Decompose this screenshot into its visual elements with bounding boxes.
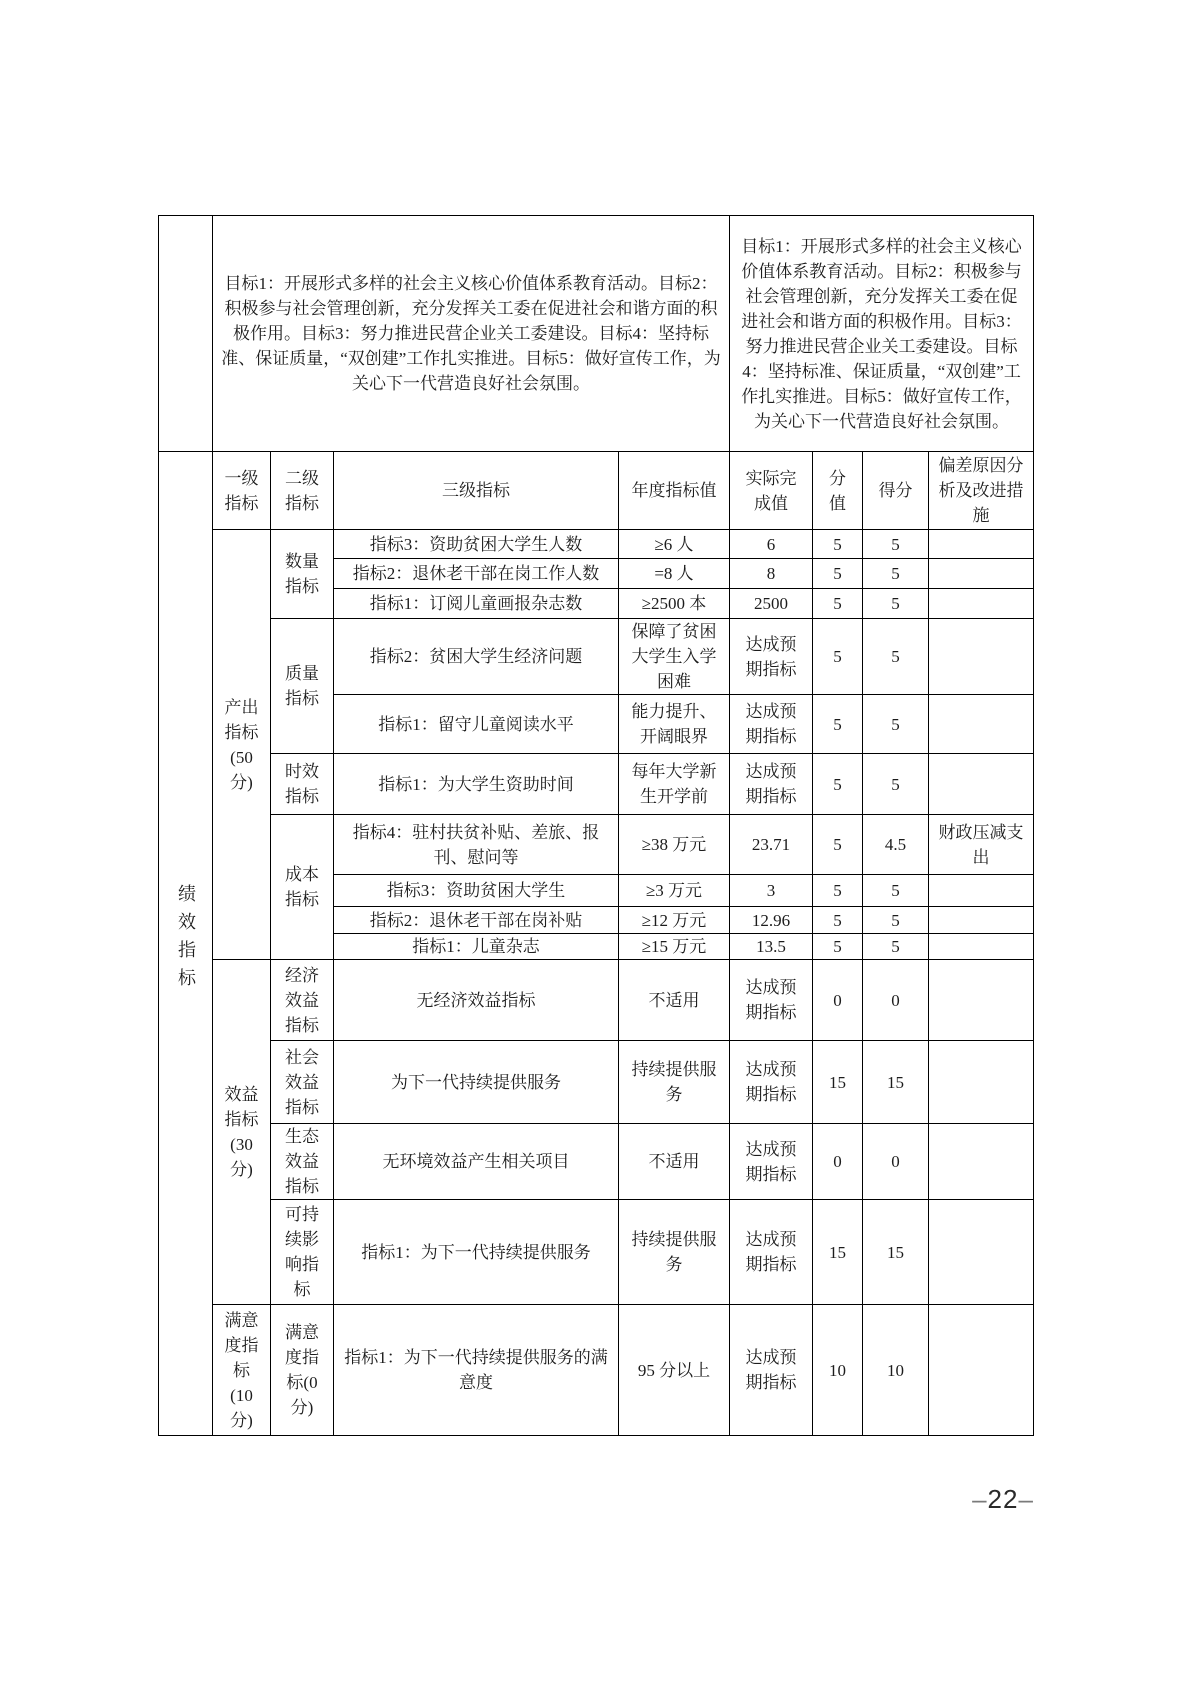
indicator-cell: 指标4：驻村扶贫补贴、差旅、报刊、慰问等 (334, 815, 619, 875)
annual-target-cell: ≥6 人 (619, 530, 730, 559)
deviation-cell (929, 1124, 1034, 1200)
deviation-cell (929, 907, 1034, 934)
points-cell: 5 (813, 907, 863, 934)
indicator-cell: 指标1：留守儿童阅读水平 (334, 695, 619, 754)
actual-value-cell: 23.71 (730, 815, 813, 875)
annual-target-cell: 持续提供服务 (619, 1041, 730, 1124)
deviation-cell (929, 589, 1034, 619)
score-cell: 4.5 (863, 815, 929, 875)
points-cell: 5 (813, 875, 863, 907)
deviation-cell (929, 754, 1034, 815)
annual-target-cell: ≥15 万元 (619, 934, 730, 960)
indicator-cell: 指标2：退休老干部在岗工作人数 (334, 559, 619, 589)
annual-target-cell: ≥3 万元 (619, 875, 730, 907)
indicator-cell: 指标3：资助贫困大学生人数 (334, 530, 619, 559)
indicator-cell: 指标2：退休老干部在岗补贴 (334, 907, 619, 934)
level2-timeliness: 时效指标 (271, 754, 334, 815)
annual-target-cell: ≥2500 本 (619, 589, 730, 619)
data-row: 社会效益指标 为下一代持续提供服务 持续提供服务 达成预期指标 15 15 (159, 1041, 1034, 1124)
header-row: 绩效指标 一级指标 二级指标 三级指标 年度指标值 实际完成值 分值 得分 偏差… (159, 452, 1034, 530)
header-level3-indicator: 三级指标 (334, 452, 619, 530)
goals-summary-right: 目标1：开展形式多样的社会主义核心价值体系教育活动。目标2：积极参与社会管理创新… (730, 216, 1034, 452)
level2-satisfaction: 满意度指标(0分) (271, 1305, 334, 1436)
data-row: 时效指标 指标1：为大学生资助时间 每年大学新生开学前 达成预期指标 5 5 (159, 754, 1034, 815)
row-group-label: 绩效指标 (173, 884, 198, 996)
indicator-cell: 指标1：为下一代持续提供服务 (334, 1200, 619, 1305)
points-cell: 5 (813, 619, 863, 695)
actual-value-cell: 达成预期指标 (730, 754, 813, 815)
points-cell: 10 (813, 1305, 863, 1436)
deviation-cell (929, 934, 1034, 960)
page-number: –22– (958, 1484, 1048, 1515)
header-actual-value: 实际完成值 (730, 452, 813, 530)
score-cell: 5 (863, 754, 929, 815)
data-row: 成本指标 指标4：驻村扶贫补贴、差旅、报刊、慰问等 ≥38 万元 23.71 5… (159, 815, 1034, 875)
annual-target-cell: 持续提供服务 (619, 1200, 730, 1305)
header-level2-indicator: 二级指标 (271, 452, 334, 530)
data-row: 可持续影响指标 指标1：为下一代持续提供服务 持续提供服务 达成预期指标 15 … (159, 1200, 1034, 1305)
actual-value-cell: 达成预期指标 (730, 960, 813, 1041)
deviation-cell (929, 559, 1034, 589)
deviation-cell (929, 1041, 1034, 1124)
header-annual-target: 年度指标值 (619, 452, 730, 530)
header-points: 分值 (813, 452, 863, 530)
score-cell: 5 (863, 695, 929, 754)
actual-value-cell: 13.5 (730, 934, 813, 960)
score-cell: 5 (863, 934, 929, 960)
score-cell: 5 (863, 619, 929, 695)
indicator-cell: 指标1：儿童杂志 (334, 934, 619, 960)
level2-ecological-benefit: 生态效益指标 (271, 1124, 334, 1200)
goals-summary-left: 目标1：开展形式多样的社会主义核心价值体系教育活动。目标2：积极参与社会管理创新… (213, 216, 730, 452)
actual-value-cell: 3 (730, 875, 813, 907)
annual-target-cell: =8 人 (619, 559, 730, 589)
actual-value-cell: 达成预期指标 (730, 1041, 813, 1124)
score-cell: 10 (863, 1305, 929, 1436)
actual-value-cell: 8 (730, 559, 813, 589)
actual-value-cell: 达成预期指标 (730, 1200, 813, 1305)
level1-satisfaction-indicators: 满意度指标 (10 分) (213, 1305, 271, 1436)
actual-value-cell: 2500 (730, 589, 813, 619)
data-row: 产出指标 (50 分) 数量指标 指标3：资助贫困大学生人数 ≥6 人 6 5 … (159, 530, 1034, 559)
deviation-cell (929, 530, 1034, 559)
deviation-cell (929, 619, 1034, 695)
deviation-cell (929, 1200, 1034, 1305)
deviation-cell (929, 695, 1034, 754)
score-cell: 5 (863, 559, 929, 589)
points-cell: 5 (813, 589, 863, 619)
data-row: 满意度指标 (10 分) 满意度指标(0分) 指标1：为下一代持续提供服务的满意… (159, 1305, 1034, 1436)
level2-quantity: 数量指标 (271, 530, 334, 619)
indicator-cell: 指标1：订阅儿童画报杂志数 (334, 589, 619, 619)
data-row: 效益指标 (30 分) 经济效益指标 无经济效益指标 不适用 达成预期指标 0 … (159, 960, 1034, 1041)
deviation-cell (929, 1305, 1034, 1436)
level2-quality: 质量指标 (271, 619, 334, 754)
deviation-cell: 财政压减支出 (929, 815, 1034, 875)
empty-corner-cell (159, 216, 213, 452)
annual-target-cell: ≥12 万元 (619, 907, 730, 934)
deviation-cell (929, 875, 1034, 907)
indicator-cell: 无经济效益指标 (334, 960, 619, 1041)
level2-sustainable-impact: 可持续影响指标 (271, 1200, 334, 1305)
score-cell: 0 (863, 960, 929, 1041)
annual-target-cell: 保障了贫困大学生入学困难 (619, 619, 730, 695)
report-table-section: 目标1：开展形式多样的社会主义核心价值体系教育活动。目标2：积极参与社会管理创新… (158, 215, 1034, 1436)
performance-indicator-table: 目标1：开展形式多样的社会主义核心价值体系教育活动。目标2：积极参与社会管理创新… (158, 215, 1034, 1436)
actual-value-cell: 达成预期指标 (730, 695, 813, 754)
points-cell: 5 (813, 559, 863, 589)
actual-value-cell: 达成预期指标 (730, 1124, 813, 1200)
points-cell: 5 (813, 754, 863, 815)
page-number-value: 22 (988, 1484, 1019, 1514)
level1-benefit-indicators: 效益指标 (30 分) (213, 960, 271, 1305)
annual-target-cell: 不适用 (619, 960, 730, 1041)
indicator-cell: 指标1：为下一代持续提供服务的满意度 (334, 1305, 619, 1436)
goals-row: 目标1：开展形式多样的社会主义核心价值体系教育活动。目标2：积极参与社会管理创新… (159, 216, 1034, 452)
indicator-cell: 为下一代持续提供服务 (334, 1041, 619, 1124)
row-group-label-cell: 绩效指标 (159, 452, 213, 1436)
points-cell: 5 (813, 815, 863, 875)
header-level1-indicator: 一级指标 (213, 452, 271, 530)
score-cell: 0 (863, 1124, 929, 1200)
actual-value-cell: 达成预期指标 (730, 1305, 813, 1436)
points-cell: 15 (813, 1041, 863, 1124)
indicator-cell: 指标1：为大学生资助时间 (334, 754, 619, 815)
points-cell: 5 (813, 530, 863, 559)
score-cell: 15 (863, 1200, 929, 1305)
data-row: 质量指标 指标2：贫困大学生经济问题 保障了贫困大学生入学困难 达成预期指标 5… (159, 619, 1034, 695)
indicator-cell: 指标2：贫困大学生经济问题 (334, 619, 619, 695)
page-number-dash: – (972, 1484, 987, 1514)
actual-value-cell: 12.96 (730, 907, 813, 934)
score-cell: 5 (863, 530, 929, 559)
level2-social-benefit: 社会效益指标 (271, 1041, 334, 1124)
level1-output-indicators: 产出指标 (50 分) (213, 530, 271, 960)
score-cell: 15 (863, 1041, 929, 1124)
annual-target-cell: 不适用 (619, 1124, 730, 1200)
annual-target-cell: 能力提升、开阔眼界 (619, 695, 730, 754)
document-page: { "page": { "number": "22", "dash": "–" … (0, 0, 1190, 1683)
actual-value-cell: 6 (730, 530, 813, 559)
level2-cost: 成本指标 (271, 815, 334, 960)
annual-target-cell: 95 分以上 (619, 1305, 730, 1436)
header-deviation: 偏差原因分析及改进措施 (929, 452, 1034, 530)
score-cell: 5 (863, 875, 929, 907)
actual-value-cell: 达成预期指标 (730, 619, 813, 695)
points-cell: 15 (813, 1200, 863, 1305)
page-number-dash: – (1018, 1484, 1033, 1514)
data-row: 生态效益指标 无环境效益产生相关项目 不适用 达成预期指标 0 0 (159, 1124, 1034, 1200)
level2-economic-benefit: 经济效益指标 (271, 960, 334, 1041)
deviation-cell (929, 960, 1034, 1041)
points-cell: 0 (813, 960, 863, 1041)
points-cell: 5 (813, 934, 863, 960)
indicator-cell: 无环境效益产生相关项目 (334, 1124, 619, 1200)
indicator-cell: 指标3：资助贫困大学生 (334, 875, 619, 907)
annual-target-cell: 每年大学新生开学前 (619, 754, 730, 815)
points-cell: 5 (813, 695, 863, 754)
annual-target-cell: ≥38 万元 (619, 815, 730, 875)
score-cell: 5 (863, 907, 929, 934)
points-cell: 0 (813, 1124, 863, 1200)
header-score: 得分 (863, 452, 929, 530)
score-cell: 5 (863, 589, 929, 619)
